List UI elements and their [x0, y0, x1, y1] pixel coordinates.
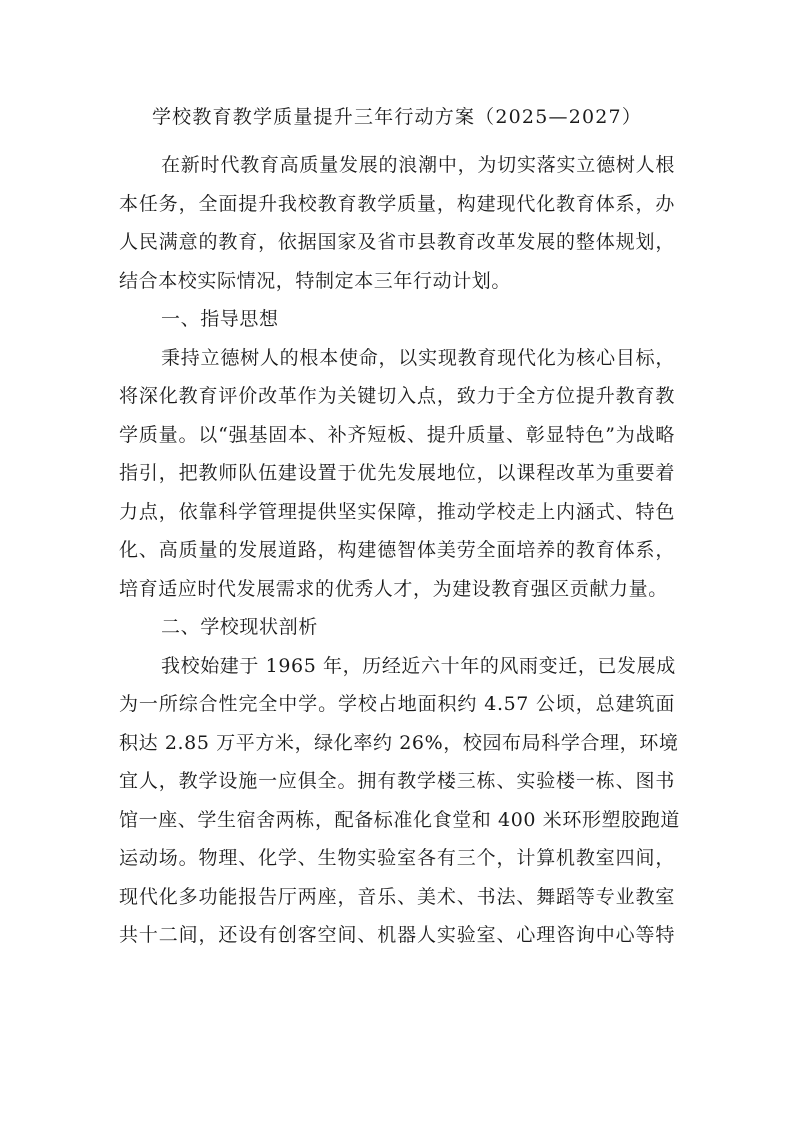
- paragraph-line: 馆一座、学生宿舍两栋，配备标准化食堂和 400 米环形塑胶跑道: [119, 801, 675, 840]
- section-heading: 一、指导思想: [119, 300, 675, 339]
- paragraph-line: 为一所综合性完全中学。学校占地面积约 4.57 公顷，总建筑面: [119, 685, 675, 724]
- paragraph-line: 在新时代教育高质量发展的浪潮中，为切实落实立德树人根: [119, 146, 675, 185]
- paragraph-line: 共十二间，还设有创客空间、机器人实验室、心理咨询中心等特: [119, 916, 675, 955]
- paragraph-line: 培育适应时代发展需求的优秀人才，为建设教育强区贡献力量。: [119, 570, 675, 609]
- paragraph-line: 结合本校实际情况，特制定本三年行动计划。: [119, 262, 675, 301]
- document-body: 在新时代教育高质量发展的浪潮中，为切实落实立德树人根本任务，全面提升我校教育教学…: [119, 146, 675, 955]
- document-title: 学校教育教学质量提升三年行动方案（2025—2027）: [119, 103, 675, 131]
- paragraph-line: 秉持立德树人的根本使命，以实现教育现代化为核心目标，: [119, 339, 675, 378]
- paragraph-line: 力点，依靠科学管理提供坚实保障，推动学校走上内涵式、特色: [119, 493, 675, 532]
- paragraph-line: 指引，把教师队伍建设置于优先发展地位，以课程改革为重要着: [119, 454, 675, 493]
- paragraph-line: 积达 2.85 万平方米，绿化率约 26%，校园布局科学合理，环境: [119, 724, 675, 763]
- paragraph-line: 现代化多功能报告厅两座，音乐、美术、书法、舞蹈等专业教室: [119, 878, 675, 917]
- paragraph-line: 宜人，教学设施一应俱全。拥有教学楼三栋、实验楼一栋、图书: [119, 762, 675, 801]
- paragraph-line: 学质量。以“强基固本、补齐短板、提升质量、彰显特色”为战略: [119, 416, 675, 455]
- paragraph-line: 将深化教育评价改革作为关键切入点，致力于全方位提升教育教: [119, 377, 675, 416]
- paragraph-line: 化、高质量的发展道路，构建德智体美劳全面培养的教育体系，: [119, 531, 675, 570]
- section-heading: 二、学校现状剖析: [119, 608, 675, 647]
- document-page: 学校教育教学质量提升三年行动方案（2025—2027） 在新时代教育高质量发展的…: [0, 0, 793, 1122]
- paragraph-line: 运动场。物理、化学、生物实验室各有三个，计算机教室四间，: [119, 839, 675, 878]
- paragraph-line: 我校始建于 1965 年，历经近六十年的风雨变迁，已发展成: [119, 647, 675, 686]
- paragraph-line: 人民满意的教育，依据国家及省市县教育改革发展的整体规划，: [119, 223, 675, 262]
- paragraph-line: 本任务，全面提升我校教育教学质量，构建现代化教育体系，办: [119, 185, 675, 224]
